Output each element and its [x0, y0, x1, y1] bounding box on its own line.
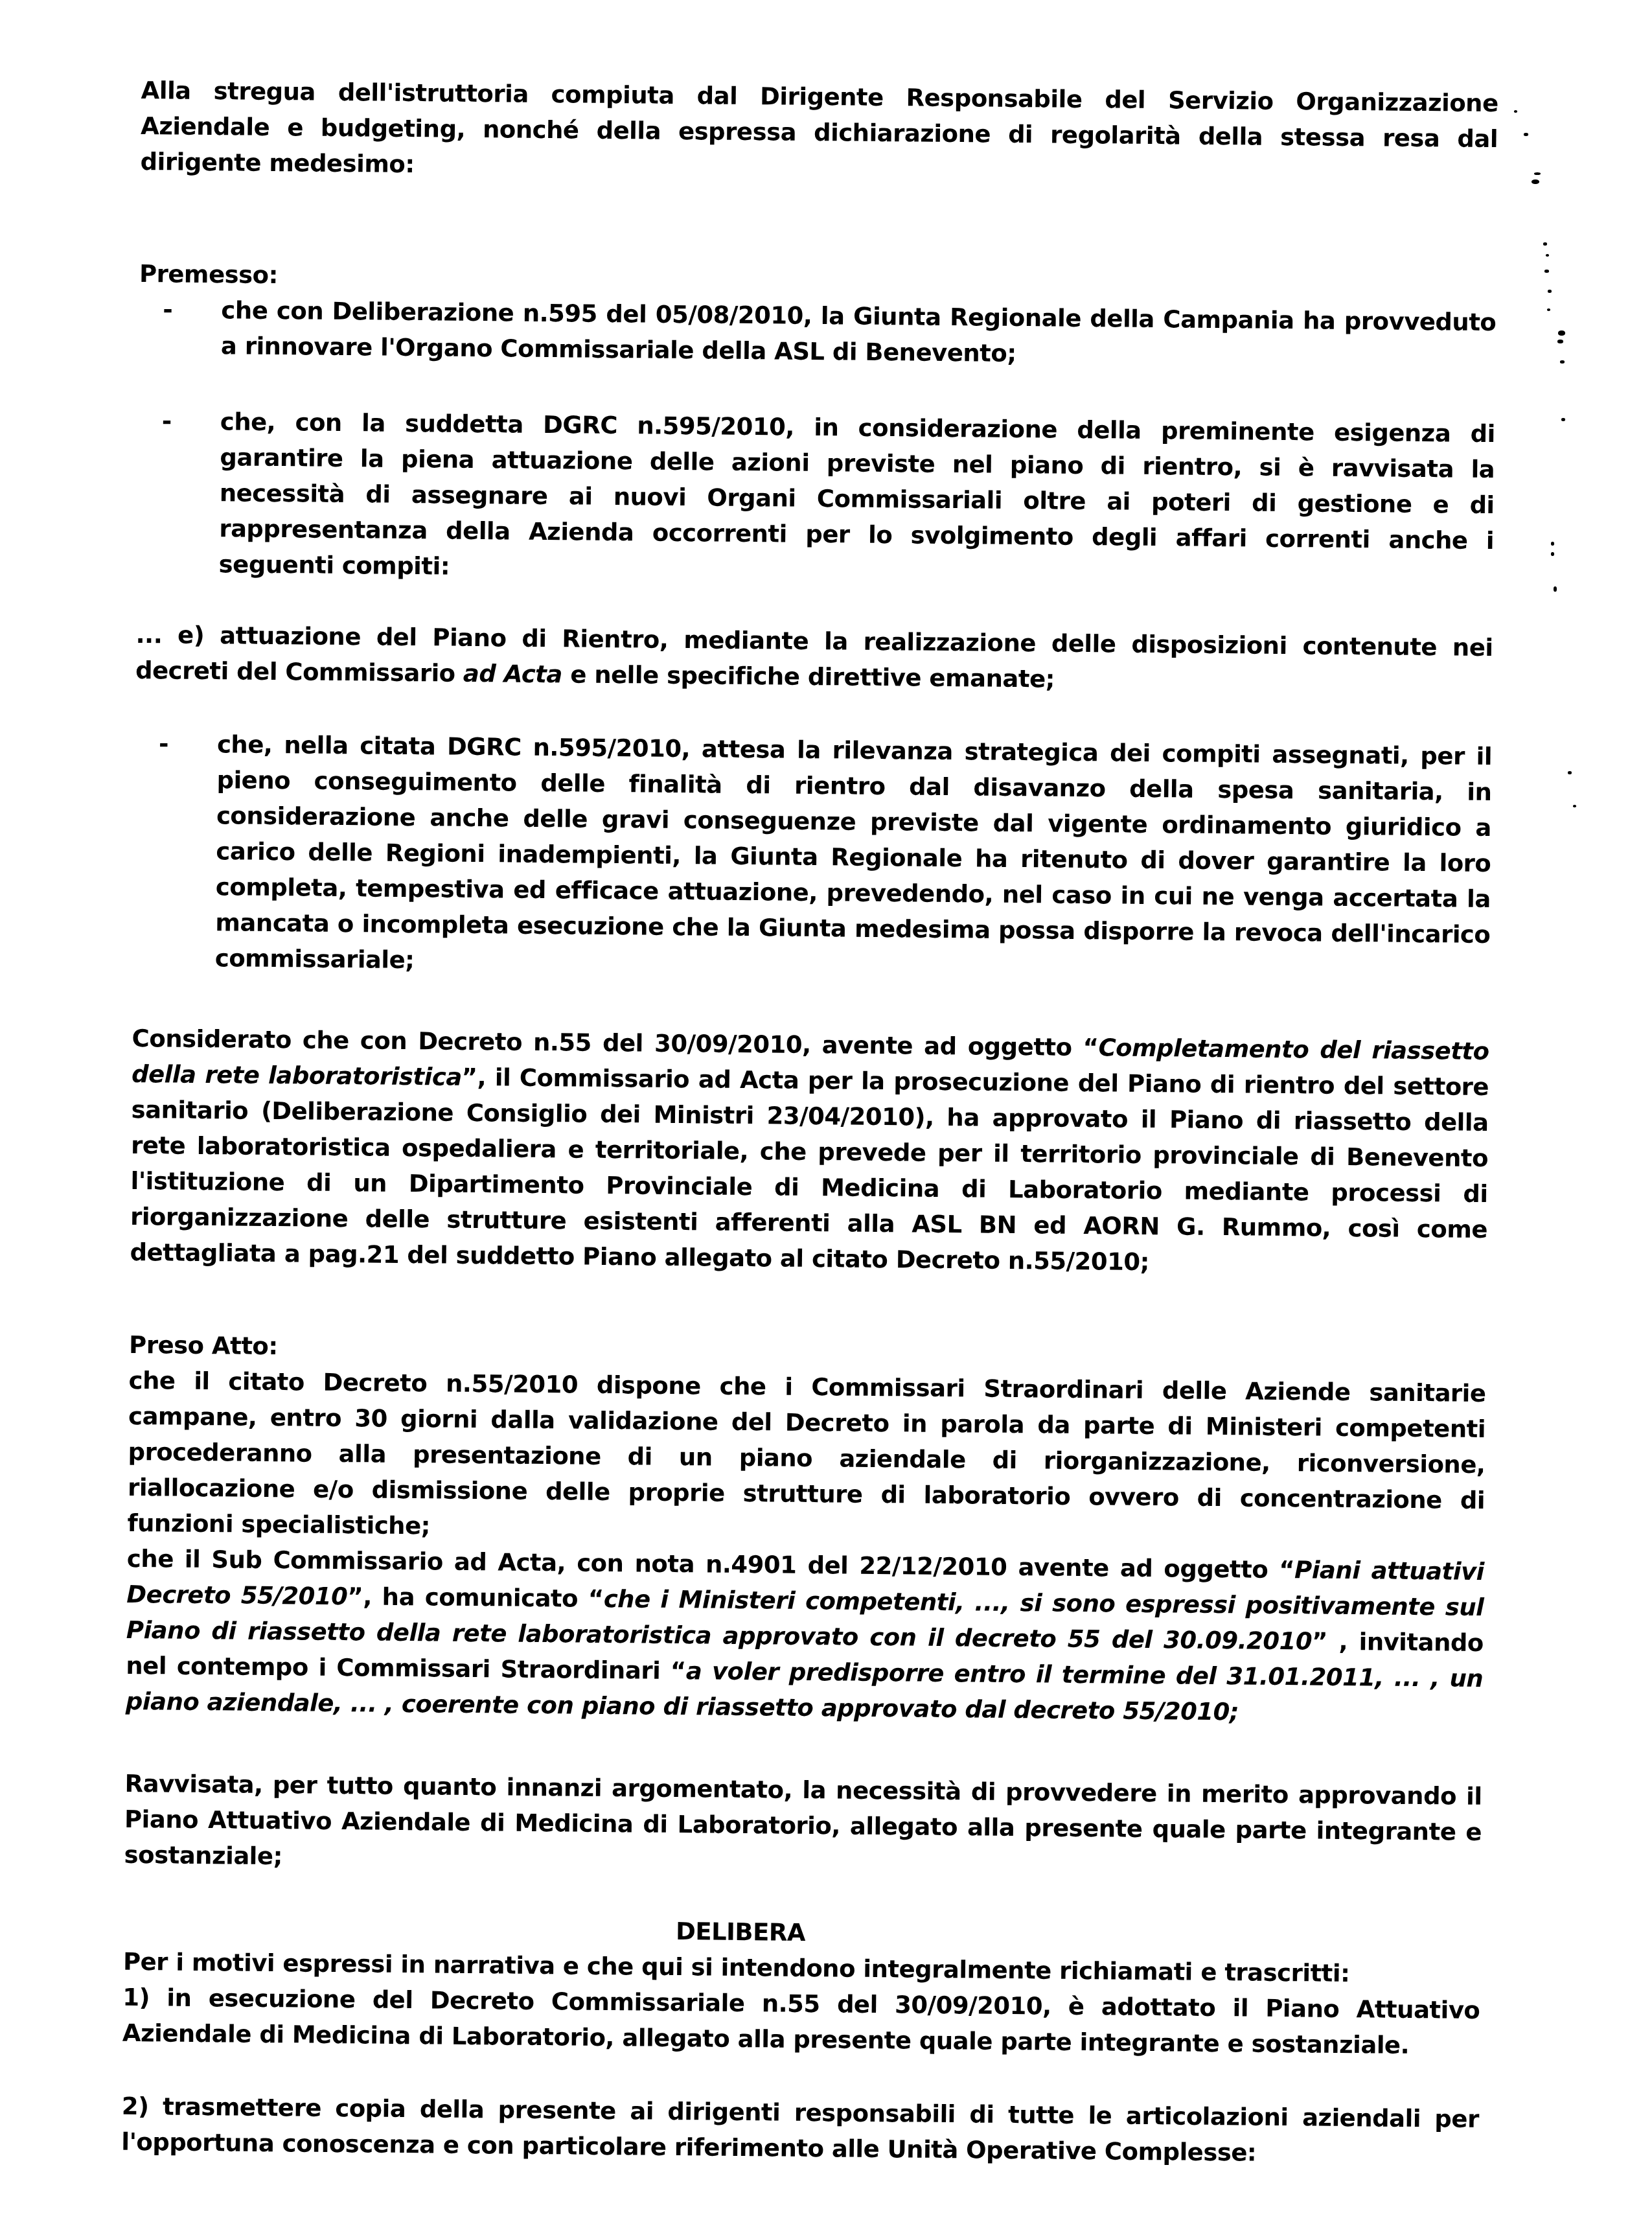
scan-speck [1561, 418, 1565, 421]
preso2-text-2: ”, ha comunicato “ [347, 1582, 604, 1613]
premesso-bullet-1-text: che con Deliberazione n.595 del 05/08/20… [221, 292, 1497, 376]
preso2-text-1: che il Sub Commissario ad Acta, con nota… [127, 1545, 1295, 1584]
scan-speck [1560, 360, 1565, 364]
considerato-text-1: che con Decreto n.55 del 30/09/2010, ave… [292, 1026, 1099, 1061]
bullet-dash-icon: - [138, 403, 221, 439]
scan-speck [1524, 133, 1528, 136]
scan-speck [1573, 805, 1576, 807]
scan-speck [1544, 270, 1549, 273]
bullet-dash-icon: - [139, 292, 222, 328]
scan-speck [1534, 172, 1541, 175]
scan-speck [1546, 254, 1549, 257]
considerato-text-2: ”, il Commissario ad Acta per la prosecu… [130, 1063, 1489, 1276]
scan-speck [1551, 542, 1554, 546]
premesso-bullet-3-text: che, nella citata DGRC n.595/2010, attes… [215, 726, 1493, 988]
premesso-bullet-2: - che, con la suddetta DGRC n.595/2010, … [136, 403, 1495, 594]
scan-speck [1548, 290, 1552, 293]
scan-speck [1532, 179, 1539, 184]
scanned-document-page: { "document": { "marks": { "bullet": "-"… [0, 0, 1652, 2233]
scan-speck [1514, 110, 1517, 113]
scan-speck [1554, 586, 1557, 592]
scan-speck [1558, 330, 1565, 336]
preso-atto-paragraph-1: che il citato Decreto n.55/2010 dispone … [127, 1363, 1486, 1554]
delibera-item-1: 1) in esecuzione del Decreto Commissaria… [122, 1980, 1480, 2064]
ravvisata-lead: Ravvisata, [124, 1770, 262, 1799]
premesso-bullet-2-text: che, con la suddetta DGRC n.595/2010, in… [218, 404, 1495, 594]
delibera-item-2: 2) trasmettere copia della presente ai d… [121, 2088, 1479, 2173]
scan-speck [1543, 242, 1547, 246]
quote-italic-ad-acta: ad Acta [463, 660, 562, 688]
scan-speck [1547, 308, 1550, 311]
preso-atto-paragraph-2: che il Sub Commissario ad Acta, con nota… [126, 1541, 1485, 1732]
premesso-bullet-3: - che, nella citata DGRC n.595/2010, att… [133, 726, 1493, 988]
piano-rientro-quote: ... e) attuazione del Piano di Rientro, … [135, 617, 1493, 701]
ravvisata-text: per tutto quanto innanzi argomentato, la… [124, 1771, 1482, 1870]
document-content: Alla stregua dell'istruttoria compiuta d… [121, 73, 1498, 2173]
scan-speck [1557, 340, 1563, 343]
ravvisata-paragraph: Ravvisata, per tutto quanto innanzi argo… [124, 1766, 1482, 1886]
bullet-dash-icon: - [135, 726, 218, 762]
intro-paragraph: Alla stregua dell'istruttoria compiuta d… [140, 73, 1498, 192]
premesso-bullet-1: - che con Deliberazione n.595 del 05/08/… [139, 292, 1497, 376]
scan-speck [1568, 771, 1572, 774]
quote-text-end: e nelle specifiche direttive emanate; [562, 660, 1055, 693]
considerato-paragraph: Considerato che con Decreto n.55 del 30/… [130, 1021, 1489, 1283]
considerato-lead: Considerato [132, 1024, 291, 1054]
scan-speck [1551, 552, 1554, 556]
